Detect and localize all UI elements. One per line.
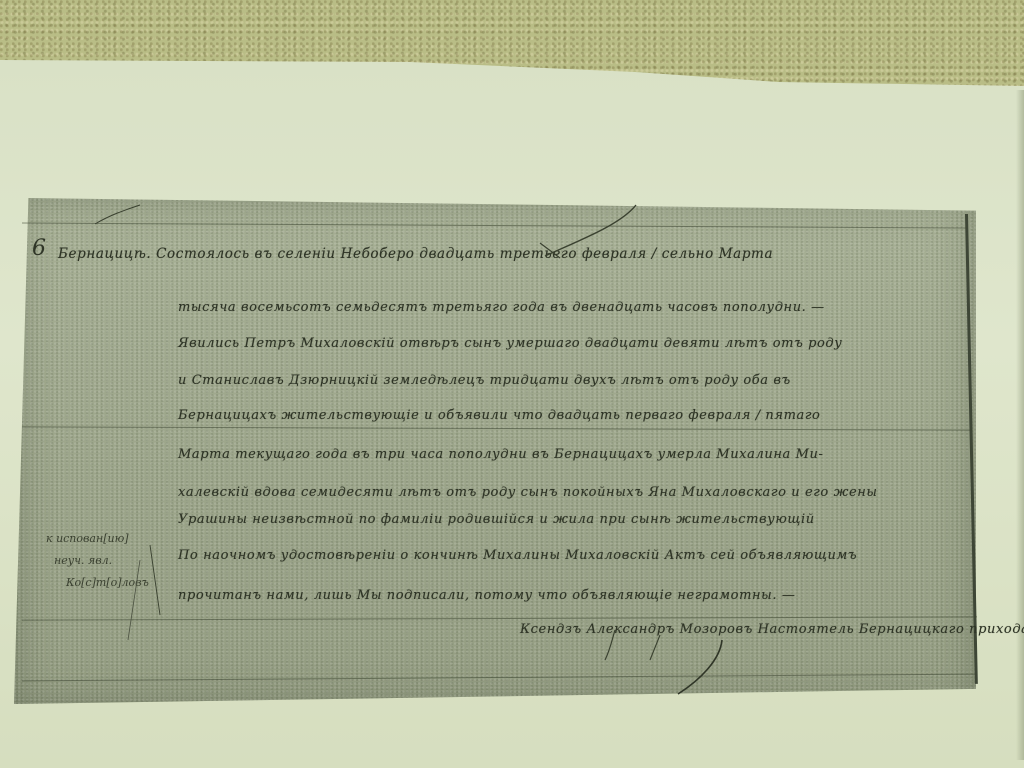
register-line-1: Бернацицѣ. Состоялось въ селеніи Небобер… bbox=[58, 246, 773, 262]
margin-note-line-2: неуч. явл. bbox=[46, 550, 149, 572]
register-line-5: Бернацицахъ жительствующіе и объявили чт… bbox=[178, 408, 820, 423]
register-line-6: Марта текущаго года въ три часа пополудн… bbox=[178, 447, 823, 462]
register-line-8: Урашины неизвѣстной по фамиліи родившійс… bbox=[178, 512, 815, 527]
register-line-2: тысяча восемьсотъ семьдесятъ третьяго го… bbox=[178, 300, 825, 315]
paper-edge-shadow bbox=[1016, 90, 1024, 760]
register-line-9: По наочномъ удостовѣреніи о кончинѣ Миха… bbox=[178, 548, 857, 563]
margin-note: к испован[ию] неуч. явл. Ко[с]т[о]ловъ bbox=[46, 528, 149, 594]
margin-note-line-1: к испован[ию] bbox=[46, 528, 149, 550]
register-line-4: и Станиславъ Дзюрницкій земледѣлецъ трид… bbox=[178, 373, 791, 388]
register-line-7: халевскій вдова семидесяти лѣтъ отъ роду… bbox=[178, 485, 878, 500]
entry-number: 6 bbox=[32, 236, 46, 261]
register-line-3: Явились Петръ Михаловскій отвѣръ сынъ ум… bbox=[178, 336, 842, 351]
register-line-10: прочитанъ нами, лишь Мы подписали, потом… bbox=[178, 588, 795, 603]
margin-note-line-3: Ко[с]т[о]ловъ bbox=[46, 572, 149, 594]
register-signature-line: Ксендзъ Александръ Мозоровъ Настоятель Б… bbox=[520, 622, 1024, 637]
